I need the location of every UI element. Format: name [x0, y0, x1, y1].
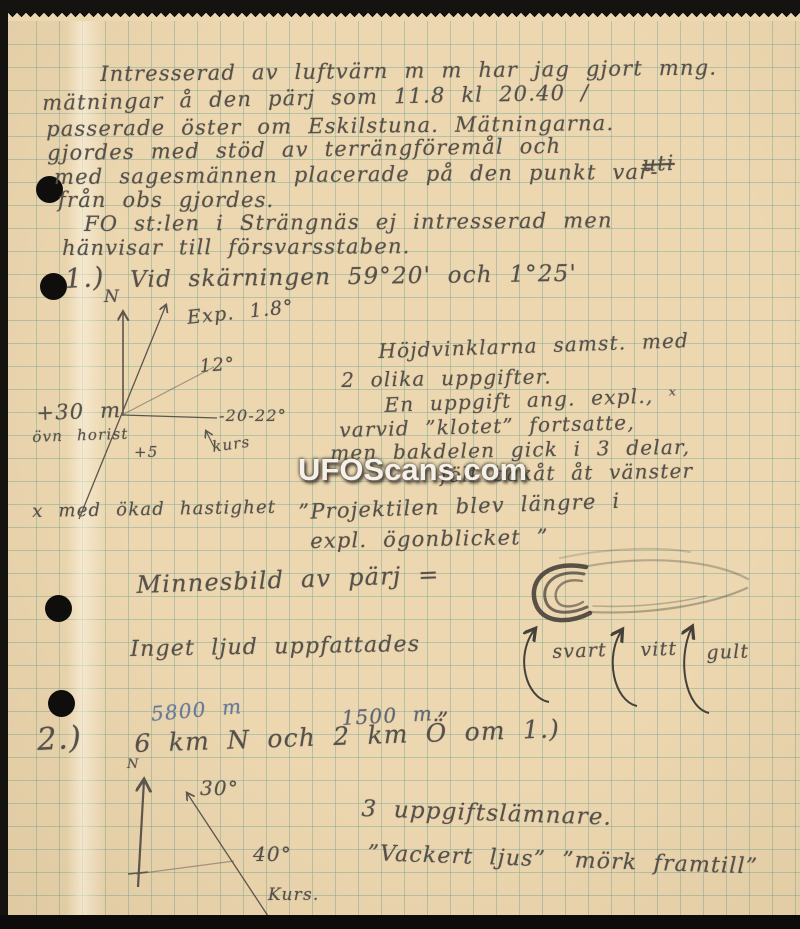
footnote-speed: x med ökad hastighet	[32, 497, 276, 522]
handwritten-line-8: hänvisar till försvarsstaben.	[62, 234, 411, 260]
quote-line-2: expl. ögonblicket ”	[310, 525, 549, 553]
diagram1-angle2022-label: -20-22°	[219, 406, 287, 425]
diagram2-angle30-label: 30°	[200, 776, 239, 800]
no-sound-line: Inget ljud uppfattades	[130, 632, 420, 662]
hole-punch-4	[48, 690, 75, 717]
handwritten-line-6: från obs gjordes.	[58, 188, 274, 212]
color-label-gult: gult	[706, 641, 750, 664]
diagram1-altitude-label: +30 m	[36, 398, 122, 425]
color-label-svart: svart	[552, 639, 607, 663]
diagram1-north-label: N	[104, 287, 120, 307]
section-1-number: 1.)	[64, 262, 105, 295]
hole-punch-3	[45, 595, 72, 622]
scanned-notebook-page: Intresserad av luftvärn m m har jag gjor…	[0, 0, 800, 929]
watermark: UFOScans.com	[298, 452, 527, 488]
hole-punch-2	[40, 273, 67, 300]
color-label-vitt: vitt	[640, 638, 678, 661]
diagram1-angle12-label: 12°	[199, 354, 236, 377]
diagram1-altitude2-label: övn horist	[32, 425, 129, 446]
handwritten-line-7: FO st:len i Strängnäs ej intresserad men	[84, 208, 613, 236]
diagram2-kurs-label: Kurs.	[268, 885, 320, 905]
section-2-number: 2.)	[36, 720, 83, 758]
scan-bottom-border	[0, 915, 800, 929]
diagram1-plus5-mark: +5	[134, 443, 159, 461]
diagram2-north-label: N	[127, 757, 140, 772]
diagram2-angle40-label: 40°	[253, 842, 292, 866]
